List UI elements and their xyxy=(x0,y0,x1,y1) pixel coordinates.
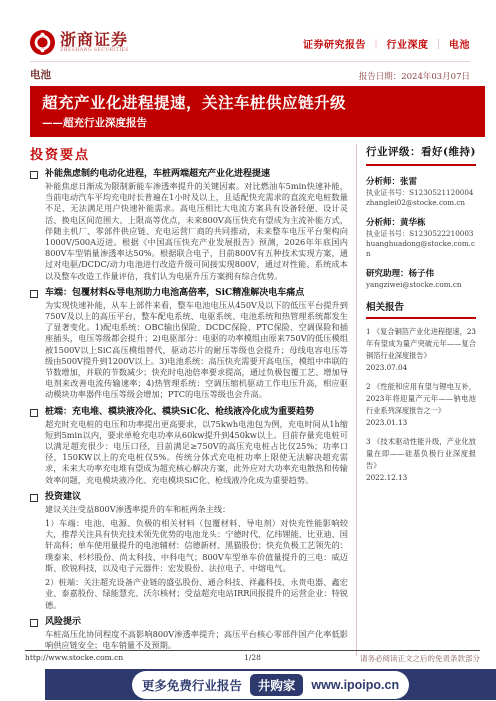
footer-disclaimer: 请务必阅读正文之后的免责条款部分 xyxy=(360,653,480,664)
promo-brand-badge[interactable]: 井购家 xyxy=(250,674,304,696)
bullet-paragraph: 为实现快速补能，从车上部件来看，整车电池电压从450V及以下的低压平台提升到75… xyxy=(45,300,348,401)
bullet-section-pile-side: 桩端：充电堆、模块液冷化、模块SiC化、枪线液冷化成为重要趋势 超充时充电桩的电… xyxy=(30,406,348,486)
tag-report-depth: 行业深度 xyxy=(387,40,429,51)
analyst-cert: 执业证书号：S1230521120004 xyxy=(366,188,476,198)
bullet-paragraph: 补能焦虑日渐成为限制新能车渗透率提升的关键因素。对比燃油车5min快速补能，当前… xyxy=(45,181,348,282)
related-report-text: 3 《技术驱动性能升级，产业化放量在即——硅基负极行业深度报告》 xyxy=(366,437,476,470)
promo-text: 更多免费行业报告 xyxy=(142,676,242,694)
related-report-item[interactable]: 1 《复合铜箔产业化进程提速，23年有望成为量产突破元年——复合铜箔行业深度报告… xyxy=(366,326,476,374)
bullet-paragraph: 1）车端：电池、电源、负极的相关材料（包覆材料、导电剂）对快充性能影响较大，推荐… xyxy=(45,518,348,574)
bullet-heading: 投资建议 xyxy=(45,491,81,503)
analyst-block: 分析师：黄华栋 执业证书号：S1230522210003 huanghuadon… xyxy=(366,217,476,259)
analyst-name: 分析师：张雷 xyxy=(366,176,476,188)
bullet-square-icon xyxy=(30,494,38,502)
related-report-text: 1 《复合铜箔产业化进程提速，23年有望成为量产突破元年——复合铜箔行业深度报告… xyxy=(366,327,476,360)
related-report-date: 2023.01.13 xyxy=(366,417,476,429)
page-footer: http://www.stocke.com.cn 1/28 请务必阅读正文之后的… xyxy=(25,650,480,664)
industry-rating: 行业评级：看好(维持) xyxy=(366,144,476,159)
rating-value: 看好(维持) xyxy=(421,146,476,158)
brand-subtitle: ZHESHANG SECURITIES xyxy=(60,48,129,54)
assistant-name: 研究助理：杨子伟 xyxy=(366,268,476,280)
tag-divider: ｜ xyxy=(434,40,445,51)
bullet-square-icon xyxy=(30,409,38,417)
bullet-heading: 车端：包覆材料&导电剂助力电池高倍率，SiC精准解决电车痛点 xyxy=(45,287,304,299)
tag-divider: ｜ xyxy=(371,40,382,51)
bullet-section-charging-anxiety: 补能焦虑制约电动化进程，车桩两端超充产业化进程提速 补能焦虑日渐成为限制新能车渗… xyxy=(30,168,348,282)
page-number: 1/28 xyxy=(244,653,261,662)
bullet-heading: 桩端：充电堆、模块液冷化、模块SiC化、枪线液冷化成为重要趋势 xyxy=(45,406,314,418)
bullet-paragraph: 超充时充电桩的电压和功率提出更高要求，以75kwh电池包为例，充电时间从1h缩短… xyxy=(45,419,348,486)
rating-label: 行业评级： xyxy=(366,146,421,158)
tag-report-type: 证券研究报告 xyxy=(303,40,366,51)
bullet-section-risk-warning: 风险提示 车桩高压化协同程度不高影响800V渗透率提升；高压平台核心零部件国产化… xyxy=(30,616,348,651)
assistant-email: yangziwei@stocke.com.cn xyxy=(366,280,476,290)
bullet-paragraph: 建议关注受益800V渗透率提升的车和桩两条主线： xyxy=(45,504,348,515)
related-report-item[interactable]: 3 《技术驱动性能升级，产业化放量在即——硅基负极行业深度报告》 2022.12… xyxy=(366,436,476,484)
section-title: 投资要点 xyxy=(30,144,348,163)
investment-points-column: 投资要点 补能焦虑制约电动化进程，车桩两端超充产业化进程提速 补能焦虑日渐成为限… xyxy=(30,144,356,656)
bullet-heading: 补能焦虑制约电动化进程，车桩两端超充产业化进程提速 xyxy=(45,168,270,180)
analyst-name: 分析师：黄华栋 xyxy=(366,217,476,229)
sector-label: 电池 xyxy=(30,67,51,82)
brand-name: 浙商证券 xyxy=(60,31,129,48)
related-report-text: 2 《性能和应用有望与锂电互补，2023年将迎量产元年——钠电池行业系列深度报告… xyxy=(366,382,476,415)
tag-sector: 电池 xyxy=(449,40,470,51)
related-report-item[interactable]: 2 《性能和应用有望与锂电互补，2023年将迎量产元年——钠电池行业系列深度报告… xyxy=(366,381,476,429)
promo-pill[interactable]: 更多免费行业报告 井购家 www.ipoipo.cn xyxy=(132,671,409,699)
title-banner: 超充产业化进程提速，关注车桩供应链升级 ——超充行业深度报告 xyxy=(30,86,485,137)
header-divider xyxy=(30,61,470,62)
bullet-heading: 风险提示 xyxy=(45,616,81,628)
report-subtitle: ——超充行业深度报告 xyxy=(42,116,473,130)
related-underline xyxy=(366,317,476,319)
analyst-cert: 执业证书号：S1230522210003 xyxy=(366,229,476,239)
zheshang-logo-icon xyxy=(30,30,55,55)
bullet-section-vehicle-side: 车端：包覆材料&导电剂助力电池高倍率，SiC精准解决电车痛点 为实现快速补能，从… xyxy=(30,287,348,401)
brand-logo: 浙商证券 ZHESHANG SECURITIES xyxy=(30,30,129,55)
analyst-email: huanghuadong@stocke.com.cn xyxy=(366,239,476,259)
bullet-square-icon xyxy=(30,290,38,298)
footer-url: http://www.stocke.com.cn xyxy=(25,653,123,664)
sidebar: 行业评级：看好(维持) 分析师：张雷 执业证书号：S1230521120004 … xyxy=(356,144,476,656)
related-report-date: 2023.07.04 xyxy=(366,362,476,374)
doc-type-tags: 证券研究报告｜行业深度｜电池 xyxy=(303,36,470,51)
promo-url[interactable]: www.ipoipo.cn xyxy=(311,678,399,692)
analyst-block: 分析师：张雷 执业证书号：S1230521120004 zhanglei02@s… xyxy=(366,176,476,208)
related-report-date: 2022.12.13 xyxy=(366,472,476,484)
promo-banner[interactable]: 更多免费行业报告 井购家 www.ipoipo.cn xyxy=(45,669,496,700)
report-title: 超充产业化进程提速，关注车桩供应链升级 xyxy=(42,92,473,113)
research-assistant-block: 研究助理：杨子伟 yangziwei@stocke.com.cn xyxy=(366,268,476,290)
bullet-square-icon xyxy=(30,619,38,627)
rating-underline xyxy=(366,164,476,166)
bullet-paragraph: 车桩高压化协同程度不高影响800V渗透率提升；高压平台核心零部件国产化率低影响供… xyxy=(45,629,348,651)
bullet-section-investment-advice: 投资建议 建议关注受益800V渗透率提升的车和桩两条主线： 1）车端：电池、电源… xyxy=(30,491,348,611)
bullet-paragraph: 2）桩端：关注超充设备产业链的盛弘股份、通合科技、祥鑫科技、永贵电器、鑫宏业、泰… xyxy=(45,577,348,611)
report-page: 浙商证券 ZHESHANG SECURITIES 证券研究报告｜行业深度｜电池 … xyxy=(0,0,496,701)
related-reports-title: 相关报告 xyxy=(366,299,476,313)
bullet-square-icon xyxy=(30,171,38,179)
report-date: 报告日期：2024年03月07日 xyxy=(359,70,470,82)
header: 浙商证券 ZHESHANG SECURITIES 证券研究报告｜行业深度｜电池 … xyxy=(0,0,496,82)
analyst-email: zhanglei02@stocke.com.cn xyxy=(366,198,476,208)
